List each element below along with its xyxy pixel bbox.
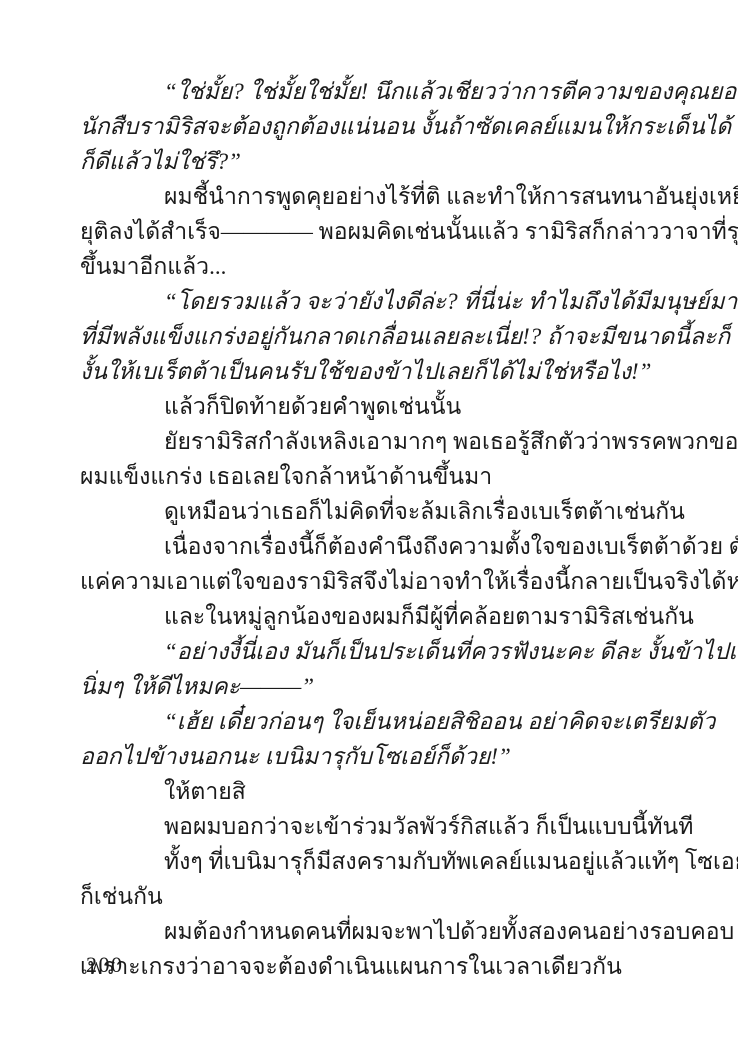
- paragraph-narration: เนื่องจากเรื่องนี้ก็ต้องคำนึงถึงความตั้ง…: [80, 529, 662, 599]
- paragraph-narration: ผมต้องกำหนดคนที่ผมจะพาไปด้วยทั้งสองคนอย่…: [80, 914, 662, 984]
- paragraph-narration: และในหมู่ลูกน้องของผมก็มีผู้ที่คล้อยตามร…: [80, 599, 662, 634]
- text-line: ก็เช่นกัน: [80, 879, 662, 914]
- paragraph-narration: ทั้งๆ ที่เบนิมารุก็มีสงครามกับทัพเคลย์แม…: [80, 844, 662, 914]
- text-line: “โดยรวมแล้ว จะว่ายังไงดีล่ะ? ที่นี่น่ะ ท…: [80, 284, 662, 319]
- paragraph-dialogue: “โดยรวมแล้ว จะว่ายังไงดีล่ะ? ที่นี่น่ะ ท…: [80, 284, 662, 389]
- text-line: เพราะเกรงว่าอาจจะต้องดำเนินแผนการในเวลาเ…: [80, 949, 662, 984]
- text-line: “ใช่มั้ย? ใช่มั้ยใช่มั้ย! นึกแล้วเชียวว่…: [80, 74, 662, 109]
- paragraph-dialogue: “ใช่มั้ย? ใช่มั้ยใช่มั้ย! นึกแล้วเชียวว่…: [80, 74, 662, 179]
- text-line: ผมต้องกำหนดคนที่ผมจะพาไปด้วยทั้งสองคนอย่…: [80, 914, 662, 949]
- text-line: และในหมู่ลูกน้องของผมก็มีผู้ที่คล้อยตามร…: [80, 599, 662, 634]
- text-line: นักสืบรามิริสจะต้องถูกต้องแน่นอน งั้นถ้า…: [80, 109, 662, 144]
- book-page: “ใช่มั้ย? ใช่มั้ยใช่มั้ย! นึกแล้วเชียวว่…: [0, 0, 738, 1051]
- text-line: ทั้งๆ ที่เบนิมารุก็มีสงครามกับทัพเคลย์แม…: [80, 844, 662, 879]
- paragraph-dialogue: “อย่างงี้นี่เอง มันก็เป็นประเด็นที่ควรฟั…: [80, 634, 662, 704]
- text-block: “ใช่มั้ย? ใช่มั้ยใช่มั้ย! นึกแล้วเชียวว่…: [80, 74, 662, 984]
- text-line: “เฮ้ย เดี๋ยวก่อนๆ ใจเย็นหน่อยสิชิออน อย่…: [80, 704, 662, 739]
- text-line: ยัยรามิริสกำลังเหลิงเอามากๆ พอเธอรู้สึกต…: [80, 424, 662, 459]
- paragraph-narration: แล้วก็ปิดท้ายด้วยคำพูดเช่นนั้น: [80, 389, 662, 424]
- page-number: 200: [86, 952, 124, 978]
- paragraph-narration: ยัยรามิริสกำลังเหลิงเอามากๆ พอเธอรู้สึกต…: [80, 424, 662, 494]
- text-line: พอผมบอกว่าจะเข้าร่วมวัลพัวร์กิสแล้ว ก็เป…: [80, 809, 662, 844]
- text-line: เนื่องจากเรื่องนี้ก็ต้องคำนึงถึงความตั้ง…: [80, 529, 662, 564]
- text-line: ให้ตายสิ: [80, 774, 662, 809]
- paragraph-dialogue: “เฮ้ย เดี๋ยวก่อนๆ ใจเย็นหน่อยสิชิออน อย่…: [80, 704, 662, 774]
- text-line: ดูเหมือนว่าเธอก็ไม่คิดที่จะล้มเลิกเรื่อง…: [80, 494, 662, 529]
- text-line: ขึ้นมาอีกแล้ว...: [80, 249, 662, 284]
- text-line: ที่มีพลังแข็งแกร่งอยู่กันกลาดเกลื่อนเลยล…: [80, 319, 662, 354]
- text-line: “อย่างงี้นี่เอง มันก็เป็นประเด็นที่ควรฟั…: [80, 634, 662, 669]
- text-line: แล้วก็ปิดท้ายด้วยคำพูดเช่นนั้น: [80, 389, 662, 424]
- text-line: ก็ดีแล้วไม่ใช่รึ?”: [80, 144, 662, 179]
- paragraph-narration: ให้ตายสิ: [80, 774, 662, 809]
- paragraph-narration: ผมชี้นำการพูดคุยอย่างไร้ที่ติ และทำให้กา…: [80, 179, 662, 284]
- text-line: แค่ความเอาแต่ใจของรามิริสจึงไม่อาจทำให้เ…: [80, 564, 662, 599]
- paragraph-narration: ดูเหมือนว่าเธอก็ไม่คิดที่จะล้มเลิกเรื่อง…: [80, 494, 662, 529]
- text-line: ออกไปข้างนอกนะ เบนิมารุกับโซเอย์ก็ด้วย!”: [80, 739, 662, 774]
- text-line: ผมแข็งแกร่ง เธอเลยใจกล้าหน้าด้านขึ้นมา: [80, 459, 662, 494]
- text-line: นิ่มๆ ให้ดีไหมคะ———”: [80, 669, 662, 704]
- text-line: ผมชี้นำการพูดคุยอย่างไร้ที่ติ และทำให้กา…: [80, 179, 662, 214]
- text-line: ยุติลงได้สำเร็จ———— พอผมคิดเช่นนั้นแล้ว …: [80, 214, 662, 249]
- text-line: งั้นให้เบเร็ตต้าเป็นคนรับใช้ของข้าไปเลยก…: [80, 354, 662, 389]
- paragraph-narration: พอผมบอกว่าจะเข้าร่วมวัลพัวร์กิสแล้ว ก็เป…: [80, 809, 662, 844]
